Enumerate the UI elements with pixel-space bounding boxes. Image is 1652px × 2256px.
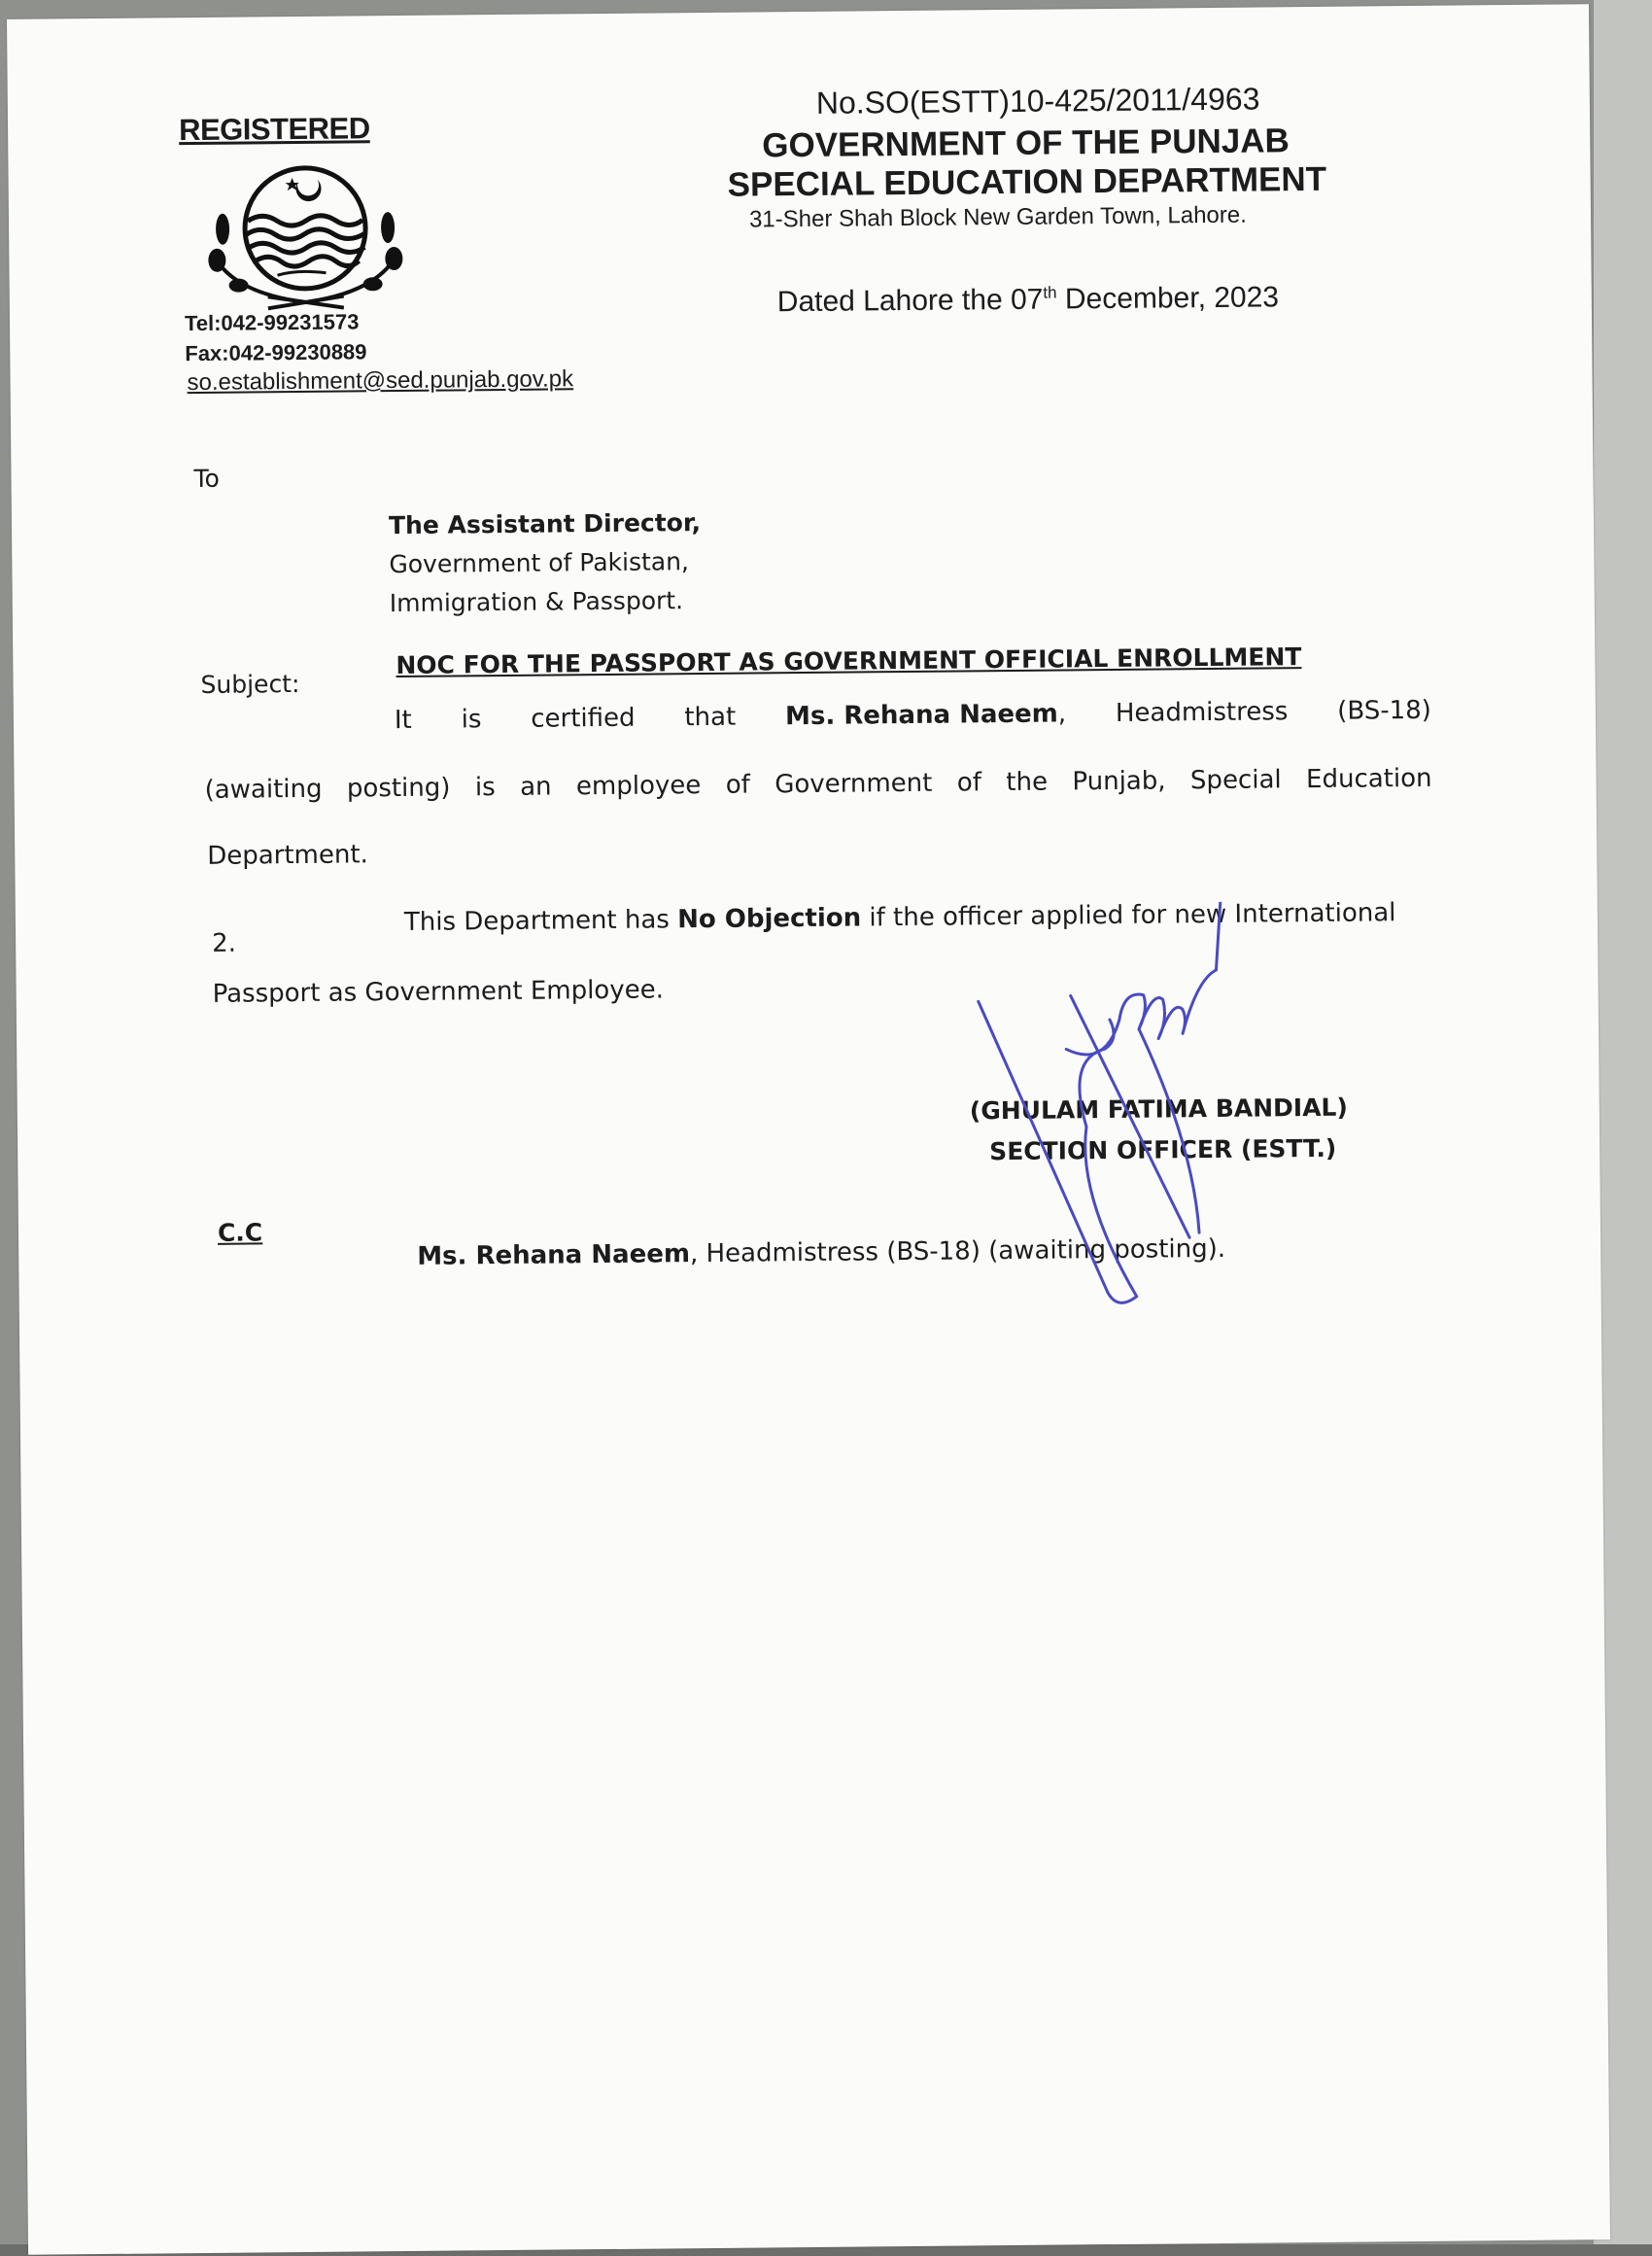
word: Headmistress <box>1116 697 1289 728</box>
telephone-number: Tel:042-99231573 <box>185 309 360 336</box>
subject-text: NOC FOR THE PASSPORT AS GOVERNMENT OFFIC… <box>396 642 1301 679</box>
cc-details: , Headmistress (BS-18) (awaiting posting… <box>690 1234 1225 1268</box>
recipient-title: The Assistant Director, <box>389 508 701 539</box>
word: certified <box>531 704 636 734</box>
registered-label: REGISTERED <box>179 111 370 148</box>
word: is <box>475 773 496 802</box>
word: an <box>520 773 552 802</box>
word: the <box>1006 768 1048 797</box>
date-day: Dated Lahore the 07 <box>777 284 1044 319</box>
signatory-name: (GHULAM FATIMA BANDIAL) <box>970 1093 1348 1126</box>
department-address: 31-Sher Shah Block New Garden Town, Laho… <box>749 202 1247 234</box>
signatory-title: SECTION OFFICER (ESTT.) <box>989 1134 1336 1165</box>
word: Education <box>1306 764 1432 794</box>
government-heading: GOVERNMENT OF THE PUNJAB <box>762 121 1290 165</box>
word: that <box>684 703 736 733</box>
word: employee <box>576 771 702 801</box>
recipient-department: Immigration & Passport. <box>390 586 684 617</box>
word: (BS-18) <box>1337 696 1431 726</box>
paragraph2-line1: This Department has No Objection if the … <box>404 898 1396 937</box>
reference-number: No.SO(ESTT)10-425/2011/4963 <box>816 81 1260 121</box>
text: if the officer applied for new Internati… <box>861 898 1396 932</box>
cc-label: C.C <box>218 1218 262 1246</box>
comma: , <box>1058 699 1067 728</box>
department-heading: SPECIAL EDUCATION DEPARTMENT <box>727 160 1326 205</box>
word: is <box>462 705 482 734</box>
subject-label: Subject: <box>200 670 299 699</box>
word: Special <box>1190 765 1282 795</box>
employee-name: Ms. Rehana Naeem, <box>785 699 1066 731</box>
paragraph1-line2: (awaiting posting) is an employee of Gov… <box>204 764 1431 805</box>
paragraph1-line1: It is certified that Ms. Rehana Naeem, H… <box>395 696 1431 735</box>
word: posting) <box>347 774 451 804</box>
word: (awaiting <box>204 775 322 805</box>
date-month-year: December, 2023 <box>1056 281 1279 315</box>
cc-name: Ms. Rehana Naeem <box>417 1239 690 1271</box>
cc-recipient: Ms. Rehana Naeem, Headmistress (BS-18) (… <box>417 1234 1225 1271</box>
text: This Department has <box>404 905 677 937</box>
word: Government <box>774 769 932 800</box>
email-link[interactable]: so.establishment@sed.punjab.gov.pk <box>187 365 573 397</box>
word: of <box>726 771 750 800</box>
paragraph2-number: 2. <box>212 929 236 958</box>
word: Punjab, <box>1072 766 1165 796</box>
paragraph2-line2: Passport as Government Employee. <box>212 975 664 1008</box>
paragraph1-line3: Department. <box>207 840 368 871</box>
word: It <box>395 706 412 735</box>
to-label: To <box>193 465 220 493</box>
employee-name-bold: Ms. Rehana Naeem <box>785 700 1058 732</box>
no-objection-bold: No Objection <box>677 903 861 934</box>
fax-number: Fax:042-99230889 <box>185 339 366 366</box>
letter-date: Dated Lahore the 07th December, 2023 <box>777 281 1280 319</box>
word: of <box>957 768 981 797</box>
date-ordinal: th <box>1043 284 1056 302</box>
letter-page: REGISTERED Tel:042-9 <box>7 4 1610 2255</box>
recipient-organization: Government of Pakistan, <box>389 547 689 578</box>
punjab-crest-icon <box>198 159 412 317</box>
